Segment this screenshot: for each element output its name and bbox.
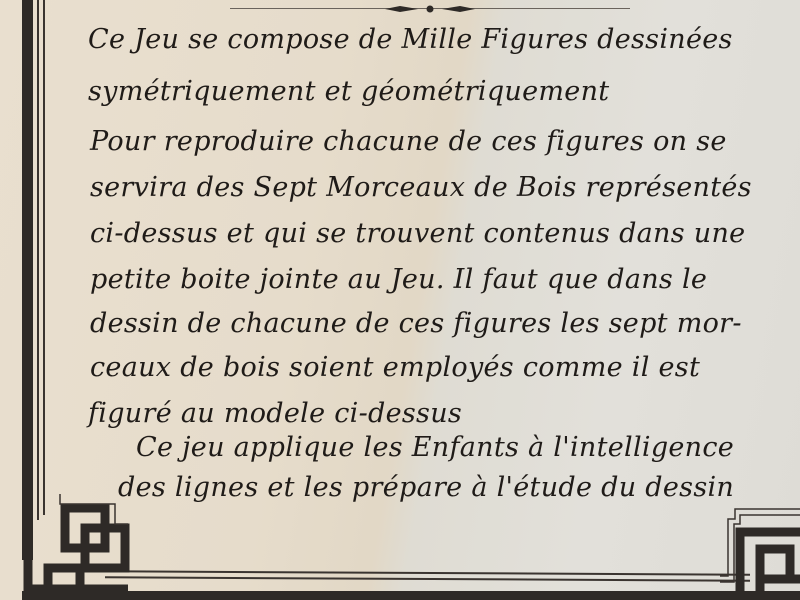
border-left-thin: [43, 0, 45, 515]
document-page: Ce Jeu se compose de Mille Figures dessi…: [0, 0, 800, 600]
border-bottom-thin: [105, 570, 750, 575]
greek-key-corner-icon: [720, 504, 800, 594]
text-line: Pour reproduire chacune de ces figures o…: [90, 126, 727, 157]
border-bottom-thin: [105, 576, 750, 581]
border-left-thick: [22, 0, 33, 560]
text-line: Ce jeu applique les Enfants à l'intellig…: [136, 432, 734, 463]
top-ornament-icon: [385, 2, 475, 16]
border-left-thin: [37, 0, 39, 520]
text-line: servira des Sept Morceaux de Bois représ…: [90, 172, 752, 203]
text-line: Ce Jeu se compose de Mille Figures dessi…: [88, 24, 733, 55]
greek-key-corner-icon: [20, 494, 130, 594]
text-line: figuré au modele ci-dessus: [88, 398, 462, 429]
border-bottom-thick: [22, 591, 800, 600]
text-line: ci-dessus et qui se trouvent contenus da…: [90, 218, 745, 249]
text-line: dessin de chacune de ces figures les sep…: [90, 308, 742, 339]
text-line: ceaux de bois soient employés comme il e…: [90, 352, 700, 383]
text-line: symétriquement et géométriquement: [88, 76, 609, 107]
text-line: des lignes et les prépare à l'étude du d…: [118, 472, 734, 503]
text-line: petite boite jointe au Jeu. Il faut que …: [90, 264, 707, 295]
